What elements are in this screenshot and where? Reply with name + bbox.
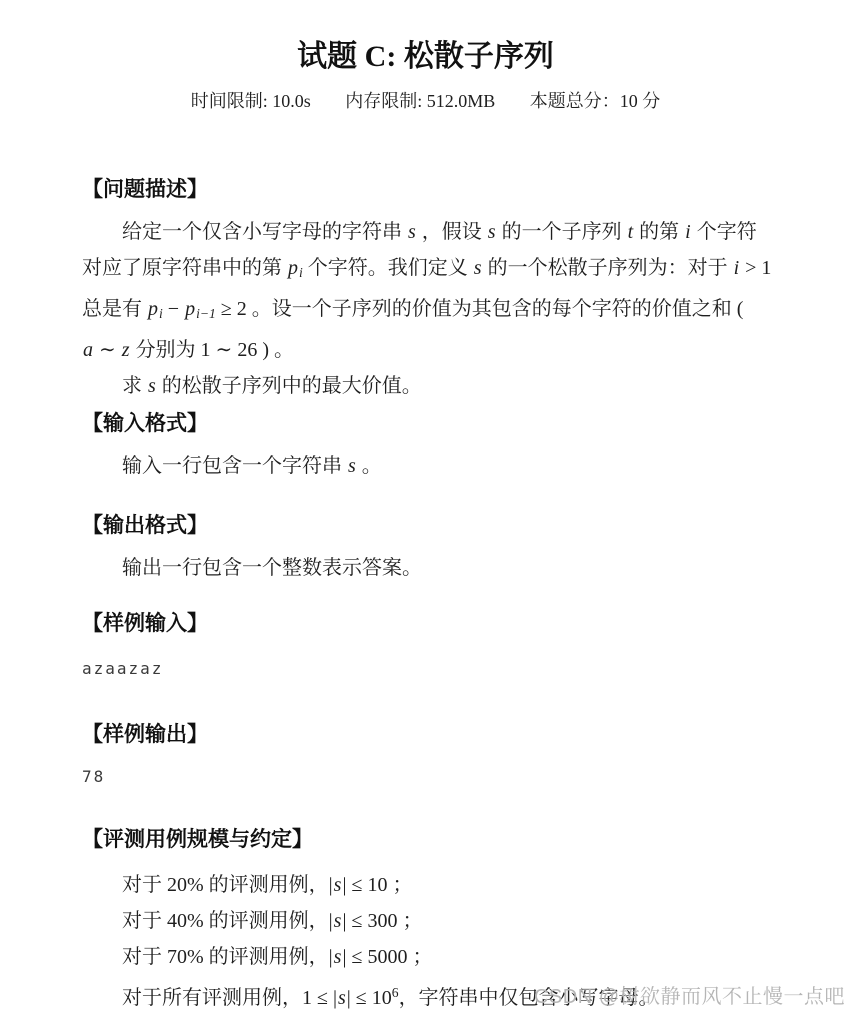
text-segment: 对应了原字符串中的第 bbox=[82, 257, 287, 279]
section-heading-input-format: 【输入格式】 bbox=[82, 410, 772, 437]
text-line: 输出一行包含一个整数表示答案。 bbox=[82, 554, 772, 582]
limits-bar: 时间限制: 10.0s 内存限制: 512.0MB 本题总分：10 分 bbox=[0, 90, 851, 112]
math-variable: s bbox=[407, 221, 417, 243]
text-segment: ，假设 bbox=[417, 221, 487, 243]
text-segment: | ≤ 300 ； bbox=[342, 910, 422, 932]
math-variable: p bbox=[147, 298, 159, 320]
text-segment: ∼ bbox=[94, 339, 121, 361]
text-segment: 的第 bbox=[634, 221, 684, 243]
math-variable: p bbox=[184, 298, 196, 320]
input-format-text: 输入一行包含一个字符串 s 。 bbox=[82, 452, 772, 480]
text-segment: | ≤ 5000 ； bbox=[342, 946, 432, 968]
text-line: a ∼ z 分别为 1 ∼ 26 ) 。 bbox=[82, 332, 772, 368]
text-line: 总是有 pi − pi−1 ≥ 2 。设一个子序列的价值为其包含的每个字符的价值… bbox=[82, 291, 772, 332]
text-segment: i−1 bbox=[196, 306, 216, 321]
section-heading-sample-output: 【样例输出】 bbox=[82, 721, 772, 748]
text-segment: 个字符 bbox=[692, 221, 757, 243]
text-segment: 。 bbox=[357, 455, 382, 477]
text-segment: 的一个子序列 bbox=[497, 221, 627, 243]
math-variable: s bbox=[347, 455, 357, 477]
text-segment: 给定一个仅含小写字母的字符串 bbox=[122, 221, 407, 243]
text-line: 求 s 的松散子序列中的最大价值。 bbox=[82, 368, 772, 404]
math-variable: i bbox=[733, 257, 741, 279]
sample-input-value: azaazaz bbox=[82, 659, 772, 679]
math-variable: s bbox=[487, 221, 497, 243]
math-variable: p bbox=[287, 257, 299, 279]
text-line: 对于 70% 的评测用例，|s| ≤ 5000 ； bbox=[82, 939, 772, 975]
text-segment: | ≤ 10 bbox=[347, 987, 392, 1009]
text-segment: − bbox=[163, 298, 184, 320]
problem-title: 试题 C: 松散子序列 bbox=[0, 0, 851, 74]
time-limit: 时间限制: 10.0s bbox=[191, 90, 311, 112]
math-variable: z bbox=[121, 339, 131, 361]
text-segment: 的松散子序列中的最大价值。 bbox=[157, 375, 422, 397]
section-heading-constraints: 【评测用例规模与约定】 bbox=[82, 826, 772, 853]
math-variable: s bbox=[337, 987, 347, 1009]
text-segment: 对于 20% 的评测用例，| bbox=[122, 874, 333, 896]
text-segment: 求 bbox=[122, 375, 147, 397]
section-heading-sample-input: 【样例输入】 bbox=[82, 610, 772, 637]
text-segment: 分别为 1 ∼ 26 ) 。 bbox=[131, 339, 294, 361]
section-heading-output-format: 【输出格式】 bbox=[82, 512, 772, 539]
output-format-text: 输出一行包含一个整数表示答案。 bbox=[82, 554, 772, 582]
problem-content: 【问题描述】 给定一个仅含小写字母的字符串 s ，假设 s 的一个子序列 t 的… bbox=[82, 176, 772, 1013]
math-variable: s bbox=[333, 910, 343, 932]
math-variable: s bbox=[147, 375, 157, 397]
text-segment: 对于所有评测用例，1 ≤ | bbox=[122, 987, 337, 1009]
text-segment: 对于 70% 的评测用例，| bbox=[122, 946, 333, 968]
text-segment: 输出一行包含一个整数表示答案。 bbox=[122, 557, 422, 579]
math-variable: i bbox=[684, 221, 692, 243]
text-line: 对于 20% 的评测用例，|s| ≤ 10 ； bbox=[82, 867, 772, 903]
text-segment: 总是有 bbox=[82, 298, 147, 320]
text-segment: ≥ 2 。设一个子序列的价值为其包含的每个字符的价值之和 ( bbox=[216, 298, 744, 320]
math-variable: s bbox=[333, 874, 343, 896]
text-line: 给定一个仅含小写字母的字符串 s ，假设 s 的一个子序列 t 的第 i 个字符 bbox=[82, 214, 772, 250]
text-line: 对于 40% 的评测用例，|s| ≤ 300 ； bbox=[82, 903, 772, 939]
text-segment: 对于 40% 的评测用例，| bbox=[122, 910, 333, 932]
text-segment: 的一个松散子序列为：对于 bbox=[483, 257, 733, 279]
sample-output-value: 78 bbox=[82, 767, 772, 787]
text-line: 输入一行包含一个字符串 s 。 bbox=[82, 452, 772, 480]
math-variable: s bbox=[473, 257, 483, 279]
csdn-watermark: CSDN @树欲静而风不止慢一点吧 bbox=[534, 980, 845, 1009]
text-segment: | ≤ 10 ； bbox=[342, 874, 412, 896]
text-segment: > 1 bbox=[740, 257, 771, 279]
math-variable: a bbox=[82, 339, 94, 361]
problem-description-text: 给定一个仅含小写字母的字符串 s ，假设 s 的一个子序列 t 的第 i 个字符… bbox=[82, 214, 772, 404]
text-segment: 输入一行包含一个字符串 bbox=[122, 455, 347, 477]
text-segment: 6 bbox=[392, 985, 399, 1000]
total-score: 本题总分：10 分 bbox=[530, 90, 661, 112]
text-line: 对应了原字符串中的第 pi 个字符。我们定义 s 的一个松散子序列为：对于 i … bbox=[82, 250, 772, 291]
memory-limit: 内存限制: 512.0MB bbox=[345, 90, 495, 112]
text-segment: 个字符。我们定义 bbox=[303, 257, 473, 279]
problem-page: 试题 C: 松散子序列 时间限制: 10.0s 内存限制: 512.0MB 本题… bbox=[0, 0, 851, 1013]
math-variable: s bbox=[333, 946, 343, 968]
section-heading-problem-description: 【问题描述】 bbox=[82, 176, 772, 203]
